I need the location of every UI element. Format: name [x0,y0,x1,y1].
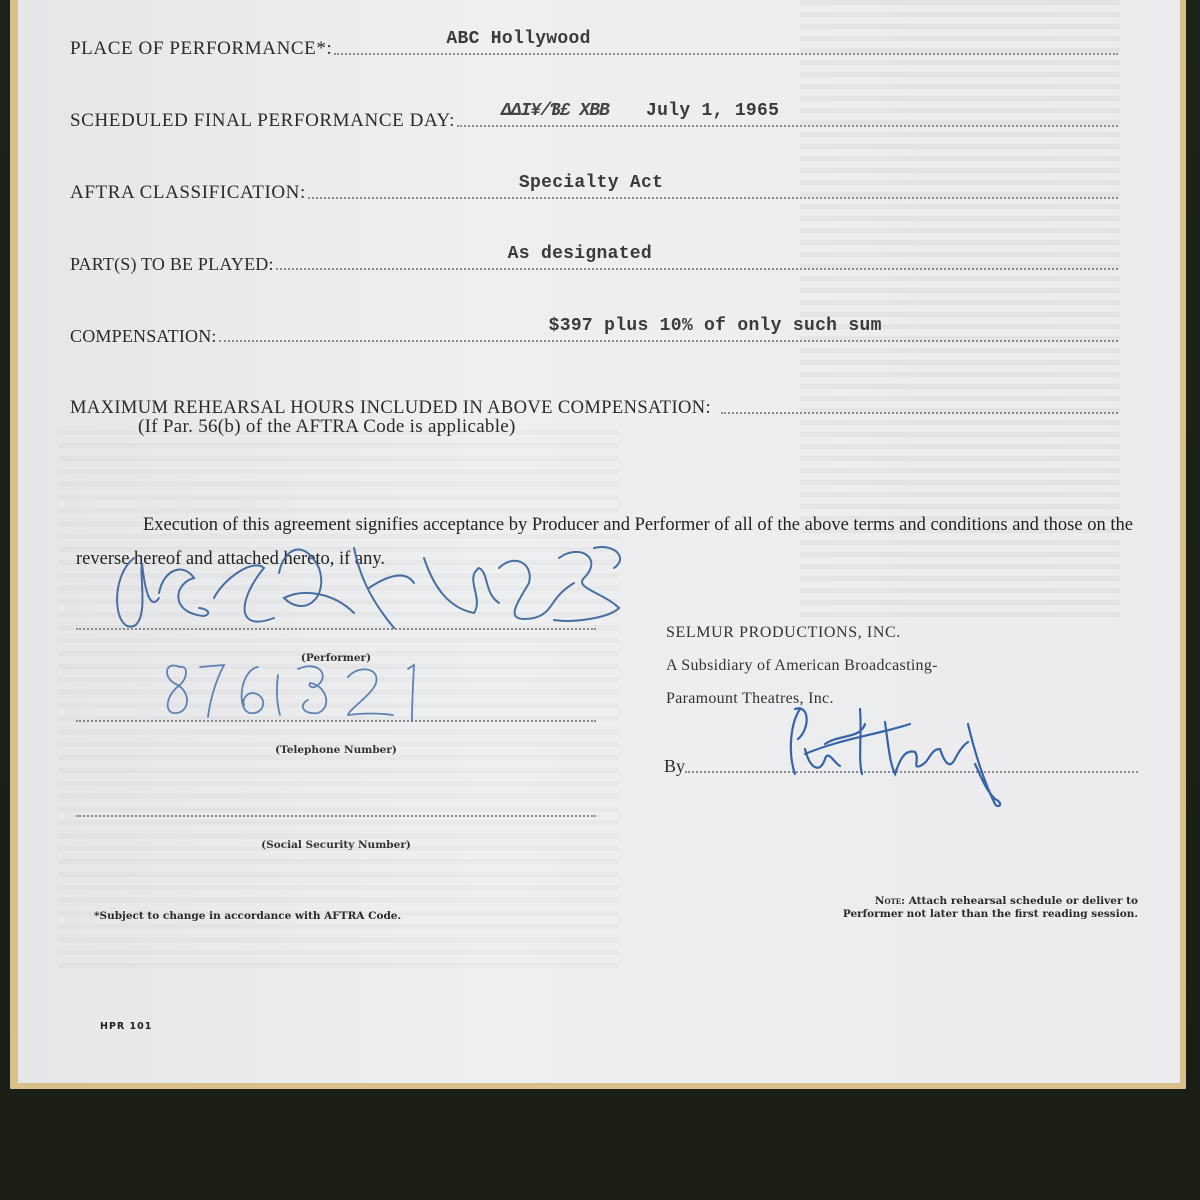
by-label: By [664,756,685,777]
field-value: ABC Hollywood [446,29,590,49]
field-value: Specialty Act [519,173,663,193]
field-value: As designated [508,244,652,264]
field-final-performance-day: SCHEDULED FINAL PERFORMANCE DAY: ΔΔΙ¥/Ɓ£… [70,100,1118,132]
contract-page: PLACE OF PERFORMANCE*: ABC Hollywood SCH… [18,0,1180,1083]
field-label: AFTRA CLASSIFICATION: [70,182,306,204]
field-line: ABC Hollywood [334,25,1118,55]
field-line: $397 plus 10% of only such sum [219,312,1118,342]
field-compensation: COMPENSATION: $397 plus 10% of only such… [70,315,1118,347]
field-line: ΔΔΙ¥/Ɓ£ ΧΒΒ July 1, 1965 [457,97,1118,127]
field-label: PART(S) TO BE PLAYED: [70,254,274,275]
rehearsal-condition-note: (If Par. 56(b) of the AFTRA Code is appl… [138,416,516,438]
field-value: July 1, 1965 [646,101,779,121]
note-prefix: Note: [875,895,905,907]
struck-out-value: ΔΔΙ¥/Ɓ£ ΧΒΒ [501,101,609,121]
form-number: HPR 101 [100,1021,152,1032]
field-label: SCHEDULED FINAL PERFORMANCE DAY: [70,110,455,132]
field-label: COMPENSATION: [70,326,217,347]
telephone-handwritten-ink [158,655,478,725]
ssn-line [76,815,596,817]
producer-signature-ink [780,704,1020,814]
rehearsal-schedule-note: Note: Attach rehearsal schedule or deliv… [828,895,1138,921]
field-line: Specialty Act [308,169,1118,199]
performer-signature-ink [104,538,644,648]
field-line [721,384,1118,414]
field-aftra-classification: AFTRA CLASSIFICATION: Specialty Act [70,172,1118,204]
field-parts-to-be-played: PART(S) TO BE PLAYED: As designated [70,243,1118,275]
producer-subsidiary-line1: A Subsidiary of American Broadcasting- [666,657,938,675]
field-value: $397 plus 10% of only such sum [549,316,882,336]
field-max-rehearsal-hours: MAXIMUM REHEARSAL HOURS INCLUDED IN ABOV… [70,387,1118,419]
field-label: PLACE OF PERFORMANCE*: [70,38,332,60]
ssn-label: (Social Security Number) [76,839,596,851]
telephone-label: (Telephone Number) [76,744,596,756]
footnote: *Subject to change in accordance with AF… [94,910,401,922]
field-place-of-performance: PLACE OF PERFORMANCE*: ABC Hollywood [70,28,1118,60]
field-line: As designated [276,240,1118,270]
producer-company-name: SELMUR PRODUCTIONS, INC. [666,624,901,642]
